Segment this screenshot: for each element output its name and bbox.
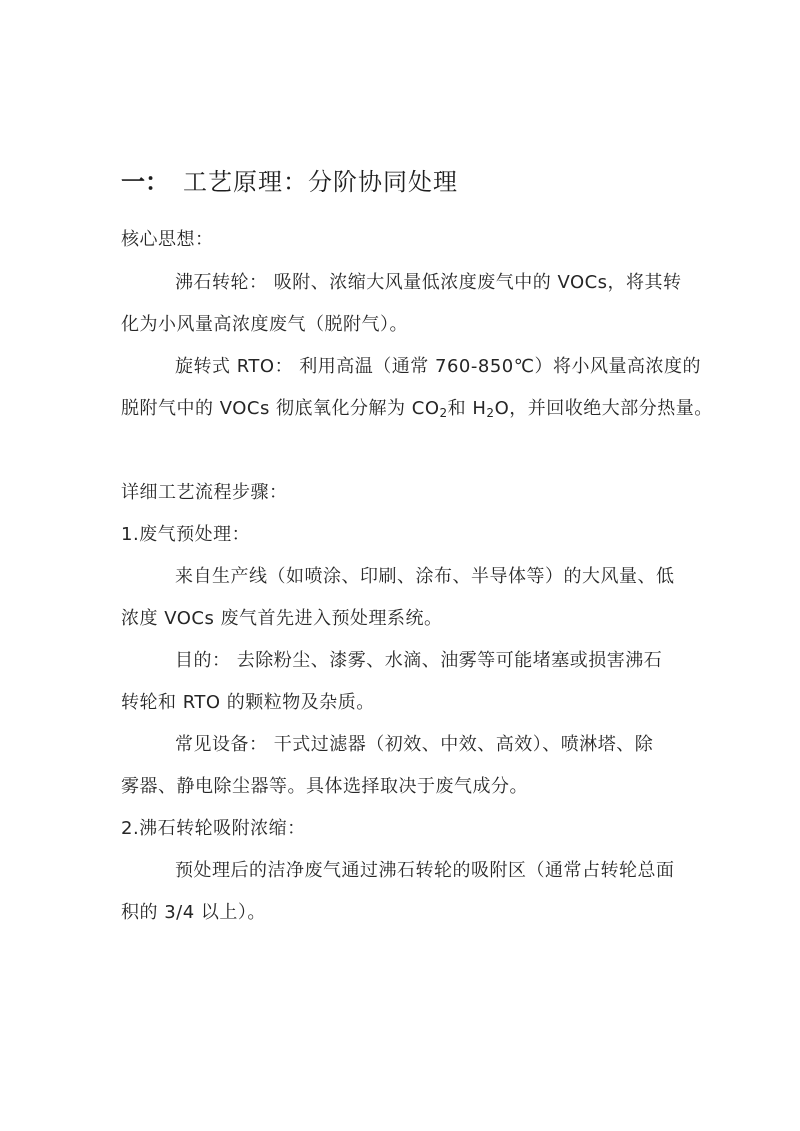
step1-source-line2: 浓度 VOCs 废气首先进入预处理系统。 [121, 607, 443, 631]
step1-equipment-line2: 雾器、静电除尘器等。具体选择取决于废气成分。 [121, 775, 528, 799]
subscript-2: 2 [440, 406, 448, 420]
process-steps-label: 详细工艺流程步骤： [121, 481, 288, 505]
rto-paragraph-line1: 旋转式 RTO： 利用高温（通常 760-850℃）将小风量高浓度的 [175, 355, 701, 379]
step1-purpose-line2: 转轮和 RTO 的颗粒物及杂质。 [121, 691, 375, 715]
step1-source-line1: 来自生产线（如喷涂、印刷、涂布、半导体等）的大风量、低 [175, 565, 675, 589]
rto-text-a: 脱附气中的 VOCs 彻底氧化分解为 CO [121, 398, 440, 419]
document-page: 一：工艺原理：分阶协同处理 核心思想： 沸石转轮： 吸附、浓缩大风量低浓度废气中… [0, 0, 800, 1131]
step2-title: 2.沸石转轮吸附浓缩： [121, 817, 306, 841]
section-title: 工艺原理：分阶协同处理 [183, 168, 458, 196]
rto-text-b: 和 H [448, 398, 487, 419]
core-idea-label: 核心思想： [121, 228, 214, 252]
rto-paragraph-line2: 脱附气中的 VOCs 彻底氧化分解为 CO2和 H2O，并回收绝大部分热量。 [121, 397, 713, 421]
step2-adsorption-line2: 积的 3/4 以上）。 [121, 901, 266, 925]
section-number: 一： [121, 168, 169, 196]
step1-equipment-line1: 常见设备： 干式过滤器（初效、中效、高效）、喷淋塔、除 [175, 733, 653, 757]
subscript-2: 2 [486, 406, 494, 420]
step1-purpose-line1: 目的： 去除粉尘、漆雾、水滴、油雾等可能堵塞或损害沸石 [175, 649, 662, 673]
section-heading: 一：工艺原理：分阶协同处理 [121, 166, 458, 198]
zeolite-paragraph-line2: 化为小风量高浓度废气（脱附气）。 [121, 313, 408, 337]
zeolite-paragraph-line1: 沸石转轮： 吸附、浓缩大风量低浓度废气中的 VOCs，将其转 [175, 271, 682, 295]
step2-adsorption-line1: 预处理后的洁净废气通过沸石转轮的吸附区（通常占转轮总面 [175, 859, 675, 883]
step1-title: 1.废气预处理： [121, 523, 250, 547]
rto-text-c: O，并回收绝大部分热量。 [495, 398, 713, 419]
